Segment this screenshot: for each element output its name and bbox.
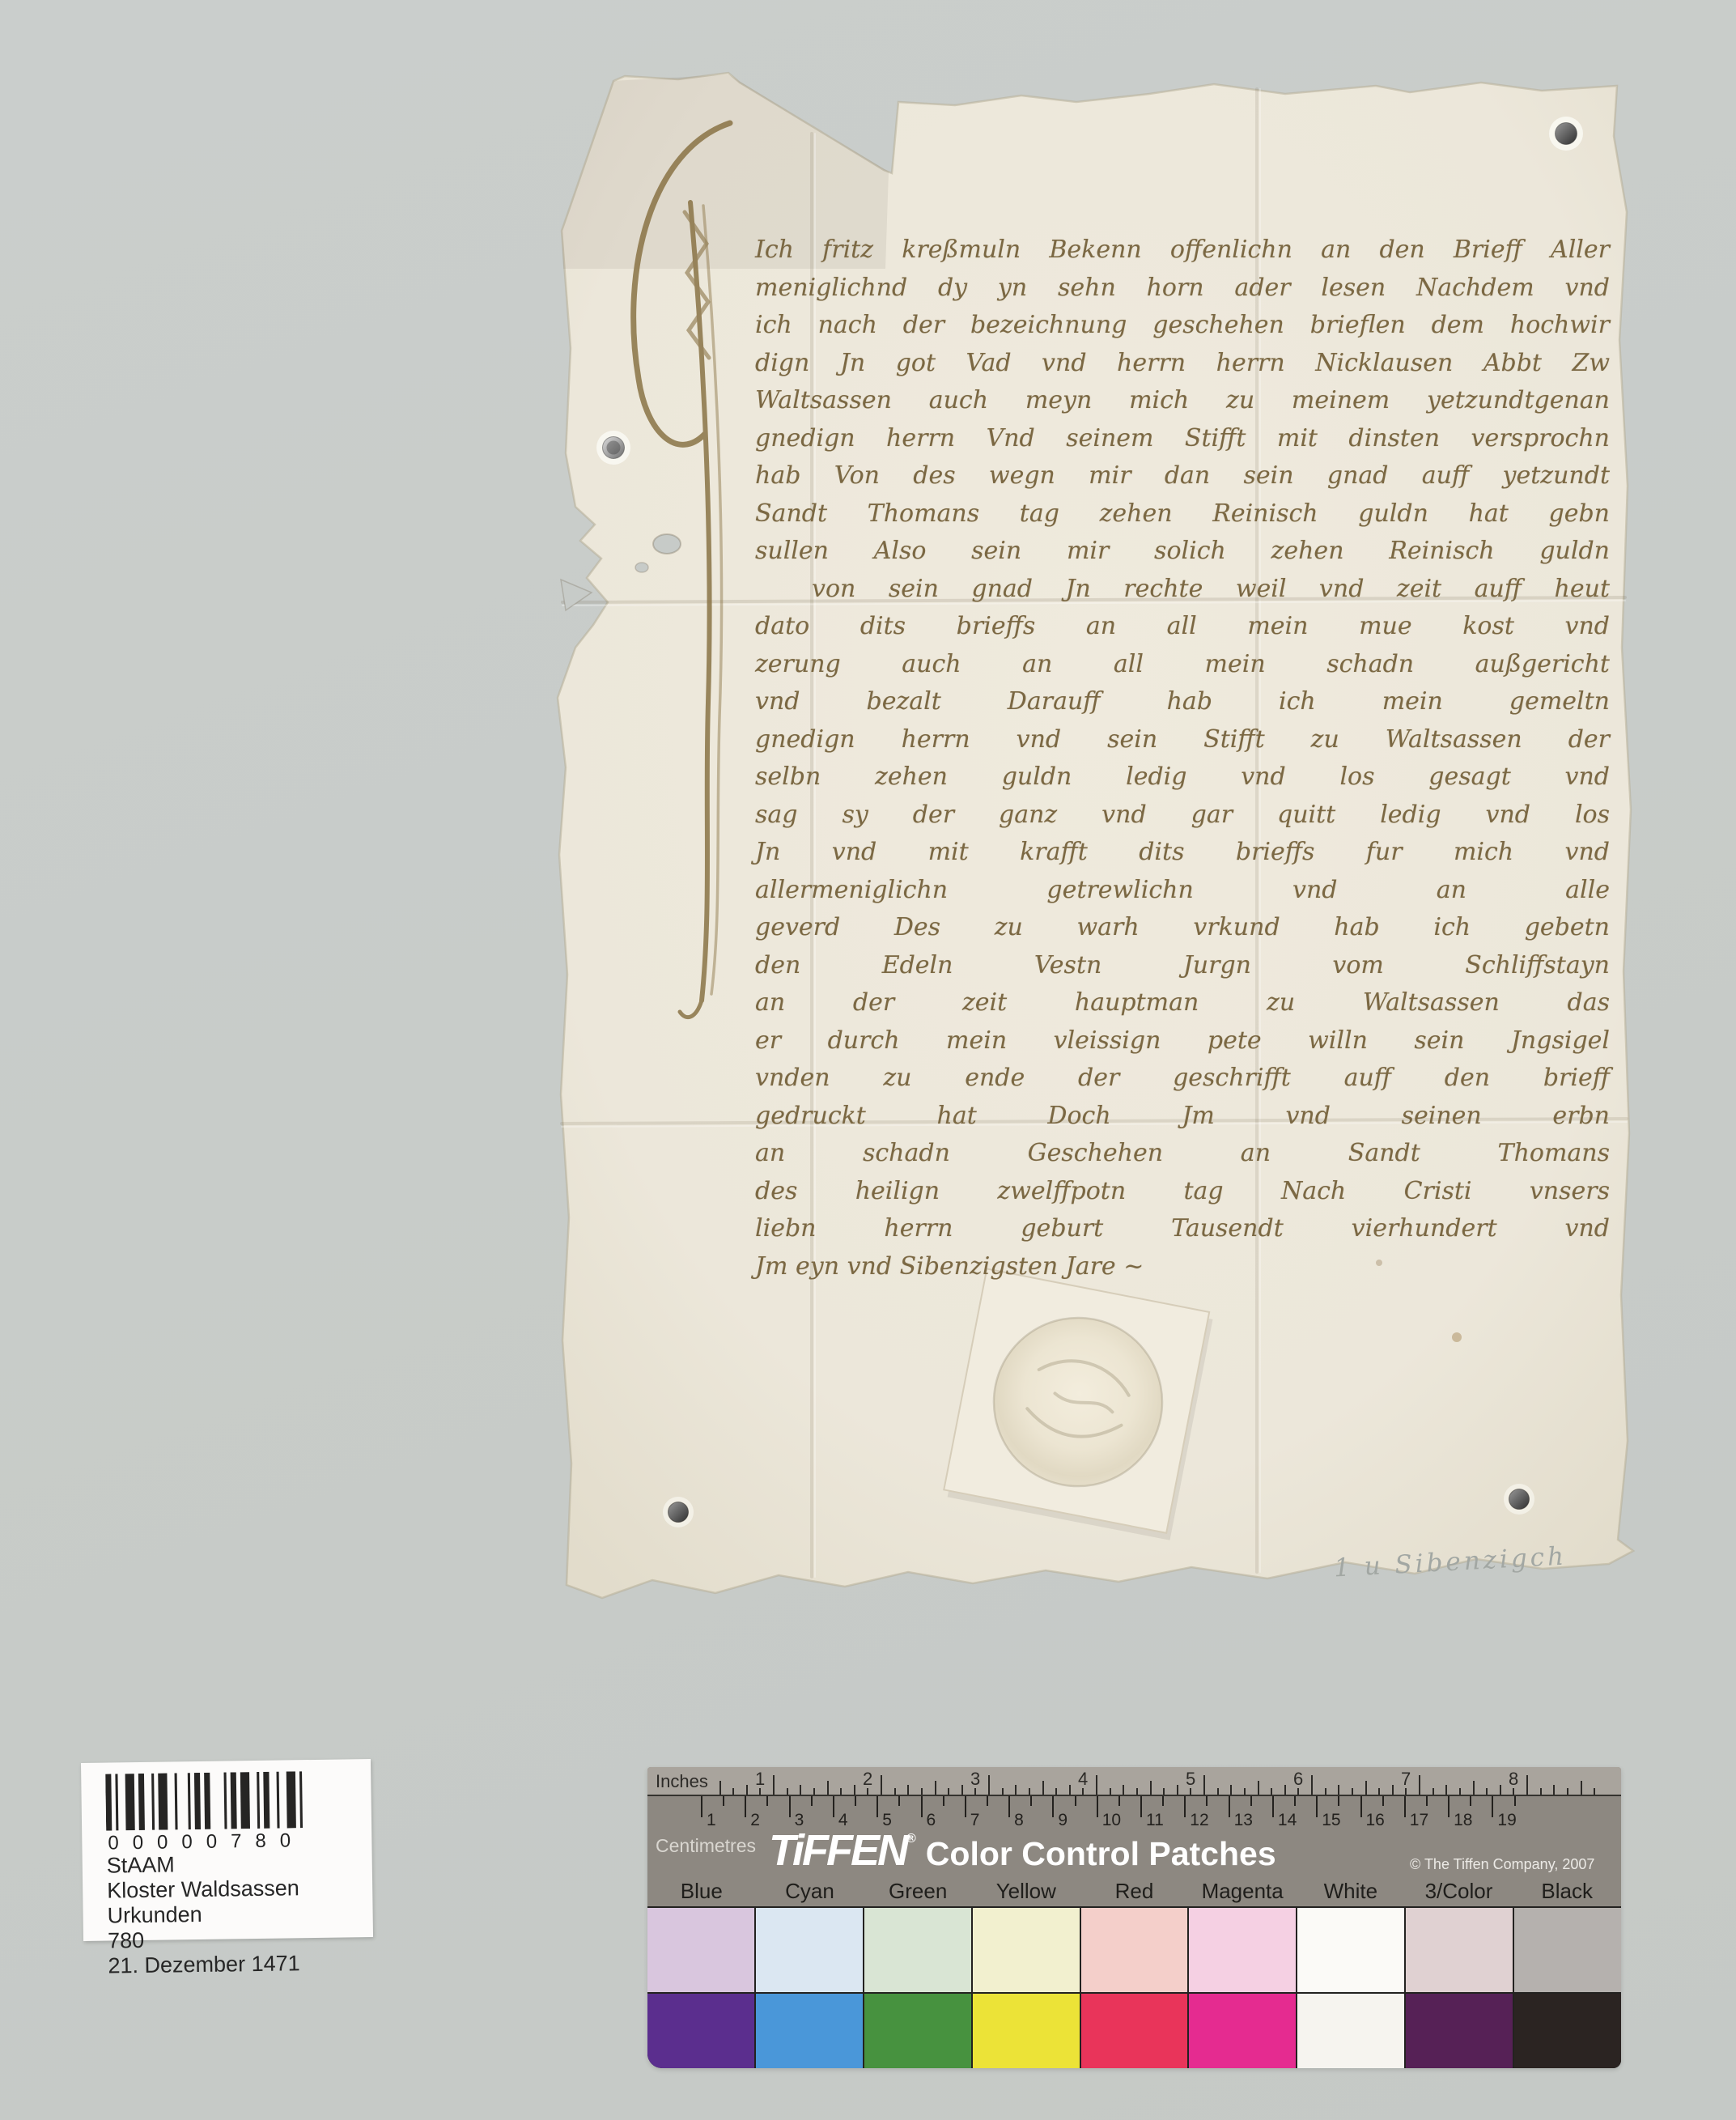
cm-tick — [1052, 1796, 1054, 1817]
pastel-patch-black — [1514, 1908, 1621, 1992]
inch-tick — [1069, 1785, 1071, 1795]
patch-label-red: Red — [1080, 1879, 1189, 1904]
barcode-bar — [240, 1772, 250, 1829]
barcode-bar — [204, 1773, 210, 1829]
manuscript-line-4: dign Jn got Vad vnd herrn herrn Nicklaus… — [755, 345, 1610, 383]
tiffen-logo: TiFFEN®Color Control Patches — [769, 1825, 1276, 1876]
inch-tick — [1177, 1785, 1178, 1795]
cm-number: 1 — [707, 1811, 716, 1830]
inch-tick — [1459, 1788, 1461, 1795]
patch-label-green: Green — [864, 1879, 972, 1904]
patch-row-saturated — [647, 1992, 1621, 2068]
inch-tick — [1311, 1775, 1313, 1795]
inch-tick — [1392, 1785, 1394, 1795]
inch-number: 8 — [1509, 1769, 1518, 1790]
archive-name: StAAM — [107, 1850, 372, 1879]
patch-label-cyan: Cyan — [756, 1879, 864, 1904]
inch-number: 6 — [1293, 1769, 1303, 1790]
inch-tick — [1378, 1788, 1380, 1795]
cm-tick — [1140, 1796, 1142, 1817]
pastel-patch-magenta — [1189, 1908, 1296, 1992]
manuscript-line-13: vnd bezalt Darauff hab ich mein gemeltn — [755, 683, 1610, 721]
cm-tick — [833, 1796, 834, 1817]
inch-tick — [827, 1781, 829, 1795]
half-cm-tick — [811, 1796, 813, 1806]
half-cm-tick — [987, 1796, 988, 1806]
inch-tick — [854, 1785, 855, 1795]
inch-tick — [1015, 1785, 1017, 1795]
half-cm-tick — [1030, 1796, 1032, 1806]
inch-tick — [1445, 1785, 1447, 1795]
manuscript-line-7: hab Von des wegn mir dan sein gnad auff … — [755, 457, 1610, 495]
inch-tick — [1325, 1788, 1326, 1795]
barcode-bar — [175, 1773, 178, 1829]
manuscript-line-5: Waltsassen auch meyn mich zu meinem yetz… — [755, 382, 1610, 420]
inch-tick — [1136, 1788, 1138, 1795]
inch-number: 2 — [863, 1769, 872, 1790]
manuscript-line-6: gnedign herrn Vnd seinem Stifft mit dins… — [755, 420, 1610, 458]
cm-number: 16 — [1366, 1811, 1385, 1830]
inch-tick — [800, 1785, 801, 1795]
inch-tick — [1352, 1788, 1353, 1795]
inch-tick — [1567, 1788, 1568, 1795]
color-control-chart: Inches 12345678 123456789101112131415161… — [647, 1767, 1621, 2068]
cm-tick — [789, 1796, 791, 1817]
half-cm-tick — [1426, 1796, 1428, 1806]
inch-tick — [988, 1775, 990, 1795]
barcode-bar — [263, 1772, 270, 1829]
chart-title-row: Centimetres TiFFEN®Color Control Patches… — [647, 1835, 1621, 1876]
inch-tick — [813, 1788, 815, 1795]
pin-bottom-left — [663, 1497, 694, 1527]
manuscript-line-3: ich nach der bezeichnung geschehen brief… — [755, 307, 1610, 345]
fonds-name: Kloster Waldsassen Urkunden — [107, 1875, 373, 1929]
inch-tick — [1500, 1785, 1501, 1795]
half-cm-tick — [1162, 1796, 1164, 1806]
saturated-patch-yellow — [973, 1994, 1080, 2068]
inch-tick — [1338, 1785, 1339, 1795]
patch-row-pastel — [647, 1906, 1621, 1992]
manuscript-line-26: des heilign zwelffpotn tag Nach Cristi v… — [755, 1173, 1610, 1211]
inch-tick — [732, 1788, 734, 1795]
pastel-patch-green — [864, 1908, 971, 1992]
saturated-patch-white — [1297, 1994, 1404, 2068]
inch-tick — [881, 1775, 882, 1795]
manuscript-line-21: an der zeit hauptman zu Waltsassen das — [755, 984, 1610, 1022]
manuscript-line-1: Ich fritz kreßmuln Bekenn offenlichn an … — [755, 232, 1610, 270]
saturated-patch-black — [1514, 1994, 1621, 2068]
cm-number: 17 — [1410, 1811, 1428, 1830]
inch-tick — [1271, 1788, 1272, 1795]
half-cm-tick — [1206, 1796, 1208, 1806]
pastel-patch-blue — [647, 1908, 754, 1992]
pastel-patch-3-color — [1406, 1908, 1513, 1992]
half-cm-tick — [723, 1796, 724, 1806]
cm-tick — [1272, 1796, 1274, 1817]
cm-number: 19 — [1497, 1811, 1516, 1830]
inch-tick — [1419, 1775, 1420, 1795]
saturated-patch-green — [864, 1994, 971, 2068]
inch-tick — [1553, 1785, 1555, 1795]
inch-tick — [1110, 1788, 1111, 1795]
inch-tick — [1055, 1788, 1057, 1795]
patch-label-white: White — [1297, 1879, 1405, 1904]
inch-tick — [1230, 1785, 1232, 1795]
inch-tick — [1365, 1781, 1367, 1795]
pastel-patch-red — [1081, 1908, 1188, 1992]
manuscript-line-20: den Edeln Vestn Jurgn vom Schliffstayn — [755, 947, 1610, 985]
inch-tick — [948, 1788, 949, 1795]
inch-tick — [921, 1788, 923, 1795]
inch-tick — [1486, 1788, 1488, 1795]
pastel-patch-cyan — [756, 1908, 863, 1992]
inch-tick — [961, 1785, 963, 1795]
cm-number: 14 — [1278, 1811, 1297, 1830]
saturated-patch-red — [1081, 1994, 1188, 2068]
cm-tick — [1404, 1796, 1406, 1817]
inch-tick — [1163, 1788, 1165, 1795]
cm-number: 15 — [1322, 1811, 1340, 1830]
cm-tick — [1184, 1796, 1186, 1817]
inch-number: 1 — [755, 1769, 765, 1790]
half-cm-tick — [1470, 1796, 1471, 1806]
pin-top-right — [1549, 117, 1583, 151]
barcode-bar — [138, 1774, 145, 1830]
cm-tick — [921, 1796, 923, 1817]
photograph: Ich fritz kreßmuln Bekenn offenlichn an … — [0, 0, 1736, 2120]
inch-tick — [1540, 1788, 1542, 1795]
inch-tick — [1433, 1788, 1434, 1795]
manuscript-line-16: sag sy der ganz vnd gar quitt ledig vnd … — [755, 797, 1610, 835]
cm-tick — [1316, 1796, 1318, 1817]
inch-tick — [1258, 1781, 1259, 1795]
inch-number: 7 — [1401, 1769, 1411, 1790]
inch-tick — [773, 1775, 775, 1795]
barcode-bar — [125, 1774, 135, 1830]
manuscript-line-2: meniglichnd dy yn sehn horn ader lesen N… — [755, 270, 1610, 308]
charter-date: 21. Dezember 1471 — [108, 1950, 373, 1979]
inch-tick — [746, 1785, 748, 1795]
barcode-bar — [277, 1772, 280, 1829]
half-cm-tick — [1250, 1796, 1252, 1806]
pin-left — [596, 431, 630, 465]
archive-label-text: StAAM Kloster Waldsassen Urkunden 780 21… — [107, 1850, 374, 1979]
inch-tick — [1581, 1781, 1582, 1795]
cm-tick — [1097, 1796, 1098, 1817]
inch-tick — [1594, 1788, 1595, 1795]
manuscript-line-14: gnedign herrn vnd sein Stifft zu Waltsas… — [755, 721, 1610, 759]
saturated-patch-magenta — [1189, 1994, 1296, 2068]
inch-tick — [1002, 1788, 1004, 1795]
barcode-bar — [257, 1772, 260, 1829]
manuscript-line-10: von sein gnad Jn rechte weil vnd zeit au… — [755, 571, 1610, 609]
inch-number: 3 — [970, 1769, 980, 1790]
half-cm-tick — [1382, 1796, 1384, 1806]
patch-label-black: Black — [1513, 1879, 1621, 1904]
cm-tick — [1229, 1796, 1230, 1817]
paper-covered-seal — [943, 1268, 1214, 1540]
manuscript-line-17: Jn vnd mit krafft dits brieffs fur mich … — [755, 834, 1610, 872]
barcode-bar — [158, 1774, 168, 1830]
patch-label-yellow: Yellow — [972, 1879, 1080, 1904]
manuscript-line-22: er durch mein vleissign pete willn sein … — [755, 1022, 1610, 1060]
cm-tick — [1448, 1796, 1449, 1817]
chart-copyright: © The Tiffen Company, 2007 — [1410, 1856, 1594, 1873]
inch-tick — [1123, 1785, 1124, 1795]
patch-label-3-color: 3/Color — [1405, 1879, 1513, 1904]
barcode-bar — [115, 1774, 118, 1830]
archive-label: 00000780 StAAM Kloster Waldsassen Urkund… — [81, 1759, 373, 1941]
inch-tick — [935, 1781, 936, 1795]
cm-number: 2 — [750, 1811, 760, 1830]
inch-tick — [894, 1788, 896, 1795]
cm-tick — [1008, 1796, 1010, 1817]
patch-labels-row: BlueCyanGreenYellowRedMagentaWhite3/Colo… — [647, 1876, 1621, 1906]
half-cm-tick — [1294, 1796, 1296, 1806]
saturated-patch-blue — [647, 1994, 754, 2068]
inch-tick — [1284, 1785, 1286, 1795]
manuscript-line-11: dato dits brieffs an all mein mue kost v… — [755, 608, 1610, 646]
cm-number: 18 — [1454, 1811, 1472, 1830]
barcode-icon — [105, 1771, 310, 1831]
cm-tick — [1492, 1796, 1493, 1817]
barcode-bar — [194, 1773, 201, 1829]
manuscript-line-18: allermeniglichn getrewlichn vnd an alle — [755, 872, 1610, 910]
half-cm-tick — [1514, 1796, 1516, 1806]
inches-label: Inches — [656, 1771, 708, 1792]
inch-number: 5 — [1186, 1769, 1195, 1790]
inch-tick — [787, 1788, 788, 1795]
cm-tick — [965, 1796, 966, 1817]
half-cm-tick — [943, 1796, 944, 1806]
inch-tick — [1203, 1775, 1205, 1795]
half-cm-tick — [766, 1796, 768, 1806]
barcode-bar — [151, 1774, 155, 1830]
inch-tick — [1217, 1788, 1219, 1795]
charter-number: 780 — [108, 1925, 373, 1954]
cm-tick — [1360, 1796, 1362, 1817]
inch-tick — [1029, 1788, 1030, 1795]
inch-tick — [1042, 1781, 1044, 1795]
inch-tick — [1096, 1775, 1097, 1795]
manuscript-line-12: zerung auch an all mein schadn außgerich… — [755, 646, 1610, 684]
inch-tick — [907, 1785, 909, 1795]
centimetres-label: Centimetres — [656, 1835, 756, 1857]
inch-number: 4 — [1078, 1769, 1088, 1790]
cm-tick — [701, 1796, 702, 1817]
inch-tick — [1473, 1781, 1475, 1795]
inch-tick — [1526, 1775, 1528, 1795]
manuscript-line-27: liebn herrn geburt Tausendt vierhundert … — [755, 1210, 1610, 1248]
barcode-bar — [287, 1771, 296, 1828]
half-cm-tick — [1075, 1796, 1076, 1806]
manuscript-line-25: an schadn Geschehen an Sandt Thomans — [755, 1135, 1610, 1173]
manuscript-line-23: vnden zu ende der geschrifft auff den br… — [755, 1060, 1610, 1098]
ruler-inches: Inches 12345678 — [647, 1767, 1621, 1796]
saturated-patch-3-color — [1406, 1994, 1513, 2068]
manuscript-line-8: Sandt Thomans tag zehen Reinisch guldn h… — [755, 495, 1610, 533]
manuscript-line-9: sullen Also sein mir solich zehen Reinis… — [755, 533, 1610, 571]
pastel-patch-white — [1297, 1908, 1404, 1992]
patch-label-magenta: Magenta — [1188, 1879, 1297, 1904]
manuscript-line-19: geverd Des zu warh vrkund hab ich gebetn — [755, 909, 1610, 947]
inch-tick — [840, 1788, 842, 1795]
half-cm-tick — [1118, 1796, 1120, 1806]
pastel-patch-yellow — [973, 1908, 1080, 1992]
inch-tick — [1150, 1781, 1152, 1795]
inch-tick — [719, 1781, 721, 1795]
saturated-patch-cyan — [756, 1994, 863, 2068]
manuscript-line-24: gedruckt hat Doch Jm vnd seinen erbn — [755, 1098, 1610, 1136]
manuscript-line-28: Jm eyn vnd Sibenzigsten Jare ~ — [755, 1248, 1610, 1286]
manuscript-line-15: selbn zehen guldn ledig vnd los gesagt v… — [755, 758, 1610, 797]
cm-tick — [876, 1796, 878, 1817]
cm-tick — [745, 1796, 746, 1817]
barcode-bar — [231, 1772, 237, 1829]
manuscript-text-block: Ich fritz kreßmuln Bekenn offenlichn an … — [755, 232, 1610, 1285]
barcode-bar — [105, 1774, 112, 1830]
pin-bottom-right — [1504, 1484, 1534, 1515]
half-cm-tick — [1338, 1796, 1339, 1806]
patch-label-blue: Blue — [647, 1879, 756, 1904]
barcode-bar — [224, 1772, 227, 1829]
half-cm-tick — [898, 1796, 900, 1806]
barcode-bar — [188, 1773, 191, 1829]
inch-tick — [1244, 1788, 1246, 1795]
barcode-bar — [299, 1771, 303, 1828]
half-cm-tick — [855, 1796, 856, 1806]
